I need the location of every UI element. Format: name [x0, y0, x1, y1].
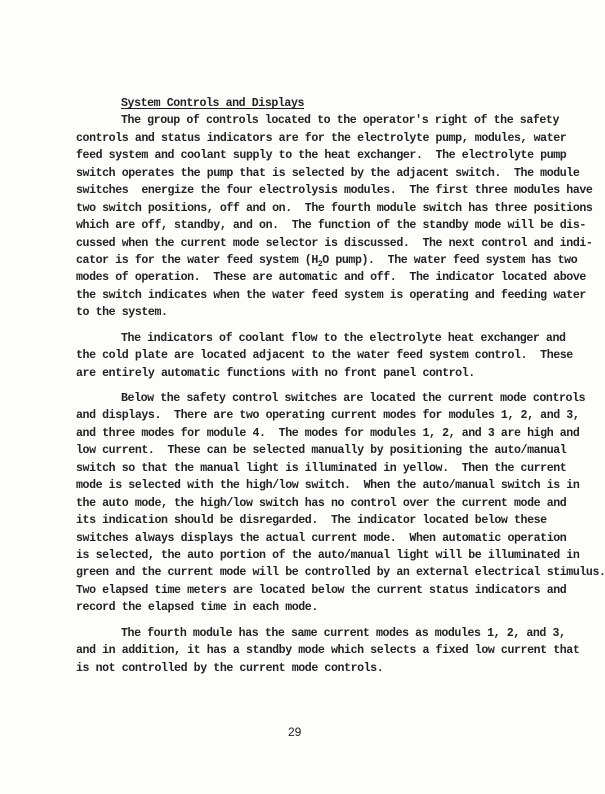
- text-fragment: cator is for the water feed system (H: [76, 254, 318, 267]
- text-line: switch so that the manual light is illum…: [76, 460, 546, 477]
- text-line: its indication should be disregarded. Th…: [76, 512, 546, 529]
- page-number: 29: [288, 725, 301, 739]
- text-line: low current. These can be selected manua…: [76, 442, 546, 459]
- text-line: are entirely automatic functions with no…: [76, 365, 546, 382]
- paragraph-1: The group of controls located to the ope…: [76, 112, 546, 321]
- text-line: switches energize the four electrolysis …: [76, 182, 546, 199]
- text-line: Two elapsed time meters are located belo…: [76, 582, 546, 599]
- text-line: and in addition, it has a standby mode w…: [76, 642, 546, 659]
- text-line: controls and status indicators are for t…: [76, 130, 546, 147]
- text-line: cussed when the current mode selector is…: [76, 235, 546, 252]
- text-line: the switch indicates when the water feed…: [76, 287, 546, 304]
- text-line: green and the current mode will be contr…: [76, 564, 546, 581]
- text-line-h2o: cator is for the water feed system (H2O …: [76, 252, 546, 269]
- text-line: Below the safety control switches are lo…: [76, 390, 546, 407]
- paragraph-gap: [76, 382, 546, 390]
- text-line: and three modes for module 4. The modes …: [76, 425, 546, 442]
- text-line: mode is selected with the high/low switc…: [76, 477, 546, 494]
- paragraph-gap: [76, 322, 546, 330]
- section-heading-line: System Controls and Displays: [76, 95, 546, 112]
- text-line: two switch positions, off and on. The fo…: [76, 200, 546, 217]
- paragraph-gap: [76, 617, 546, 625]
- text-line: the cold plate are located adjacent to t…: [76, 347, 546, 364]
- text-line: The group of controls located to the ope…: [76, 112, 546, 129]
- body-text: System Controls and Displays The group o…: [76, 95, 546, 677]
- text-line: the auto mode, the high/low switch has n…: [76, 495, 546, 512]
- text-line: switches always displays the actual curr…: [76, 530, 546, 547]
- text-line: The fourth module has the same current m…: [76, 625, 546, 642]
- paragraph-4: The fourth module has the same current m…: [76, 625, 546, 677]
- text-line: modes of operation. These are automatic …: [76, 269, 546, 286]
- paragraph-2: The indicators of coolant flow to the el…: [76, 330, 546, 382]
- text-line: feed system and coolant supply to the he…: [76, 147, 546, 164]
- text-line: which are off, standby, and on. The func…: [76, 217, 546, 234]
- document-page: System Controls and Displays The group o…: [0, 0, 605, 794]
- text-line: The indicators of coolant flow to the el…: [76, 330, 546, 347]
- text-line: and displays. There are two operating cu…: [76, 407, 546, 424]
- paragraph-3: Below the safety control switches are lo…: [76, 390, 546, 617]
- section-heading: System Controls and Displays: [121, 97, 304, 110]
- text-fragment: O pump). The water feed system has two: [322, 254, 577, 267]
- text-line: to the system.: [76, 304, 546, 321]
- text-line: is not controlled by the current mode co…: [76, 660, 546, 677]
- text-line: switch operates the pump that is selecte…: [76, 165, 546, 182]
- text-line: record the elapsed time in each mode.: [76, 599, 546, 616]
- text-line: is selected, the auto portion of the aut…: [76, 547, 546, 564]
